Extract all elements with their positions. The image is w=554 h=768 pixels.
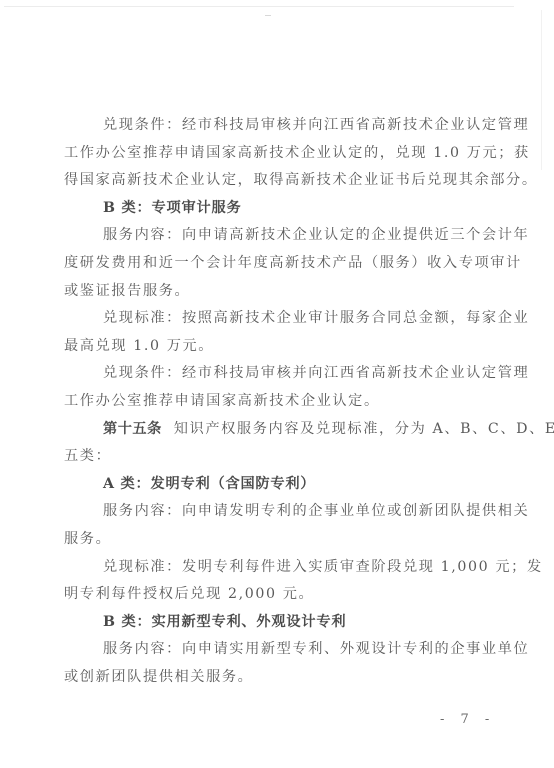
scan-mark bbox=[265, 15, 271, 16]
paragraph-redemption-condition: 兑现条件：经市科技局审核并向江西省高新技术企业认定管理 工作办公室推荐申请国家高… bbox=[64, 360, 488, 415]
text-line: 五类： bbox=[64, 443, 488, 471]
text-line: 兑现条件：经市科技局审核并向江西省高新技术企业认定管理 bbox=[64, 112, 488, 140]
section-heading-a-invention-patent: A 类：发明专利（含国防专利） bbox=[64, 471, 488, 499]
text-line: 兑现标准：发明专利每件进入实质审查阶段兑现 1,000 元；发 bbox=[64, 554, 488, 582]
page-number: - 7 - bbox=[440, 712, 495, 727]
scan-edge-line bbox=[4, 6, 514, 7]
text-line: 得国家高新技术企业认定，取得高新技术企业证书后兑现其余部分。 bbox=[64, 167, 488, 195]
paragraph-service-content: 服务内容：向申请高新技术企业认定的企业提供近三个会计年 度研发费用和近一个会计年… bbox=[64, 222, 488, 305]
paragraph-service-content: 服务内容：向申请发明专利的企事业单位或创新团队提供相关 服务。 bbox=[64, 498, 488, 553]
text-line: 服务内容：向申请实用新型专利、外观设计专利的企事业单位 bbox=[64, 636, 488, 664]
text-line: 明专利每件授权后兑现 2,000 元。 bbox=[64, 581, 488, 609]
text-line: 工作办公室推荐申请国家高新技术企业认定的，兑现 1.0 万元；获 bbox=[64, 140, 488, 168]
article-label: 第十五条 bbox=[103, 421, 162, 437]
text-line: 第十五条知识产权服务内容及兑现标准，分为 A、B、C、D、E bbox=[64, 416, 488, 444]
text-line: 服务内容：向申请发明专利的企事业单位或创新团队提供相关 bbox=[64, 498, 488, 526]
section-heading-b-audit: B 类：专项审计服务 bbox=[64, 195, 488, 223]
paragraph-redemption-standard: 兑现标准：按照高新技术企业审计服务合同总金额，每家企业 最高兑现 1.0 万元。 bbox=[64, 305, 488, 360]
text-line: 服务。 bbox=[64, 526, 488, 554]
text-line: 兑现标准：按照高新技术企业审计服务合同总金额，每家企业 bbox=[64, 305, 488, 333]
text-line: 服务内容：向申请高新技术企业认定的企业提供近三个会计年 bbox=[64, 222, 488, 250]
text-line: 工作办公室推荐申请国家高新技术企业认定。 bbox=[64, 388, 488, 416]
paragraph-redemption-standard: 兑现标准：发明专利每件进入实质审查阶段兑现 1,000 元；发 明专利每件授权后… bbox=[64, 554, 488, 609]
scan-edge-shadow bbox=[541, 10, 542, 170]
document-page: 兑现条件：经市科技局审核并向江西省高新技术企业认定管理 工作办公室推荐申请国家高… bbox=[64, 112, 488, 691]
text-line: 最高兑现 1.0 万元。 bbox=[64, 333, 488, 361]
text-line: 兑现条件：经市科技局审核并向江西省高新技术企业认定管理 bbox=[64, 360, 488, 388]
paragraph-service-content: 服务内容：向申请实用新型专利、外观设计专利的企事业单位 或创新团队提供相关服务。 bbox=[64, 636, 488, 691]
article-15: 第十五条知识产权服务内容及兑现标准，分为 A、B、C、D、E 五类： bbox=[64, 416, 488, 471]
text-line: 度研发费用和近一个会计年度高新技术产品（服务）收入专项审计 bbox=[64, 250, 488, 278]
section-heading-b-utility-design-patent: B 类：实用新型专利、外观设计专利 bbox=[64, 609, 488, 637]
text-line: 或鉴证报告服务。 bbox=[64, 278, 488, 306]
article-text: 知识产权服务内容及兑现标准，分为 A、B、C、D、E bbox=[174, 421, 554, 437]
paragraph-redemption-condition: 兑现条件：经市科技局审核并向江西省高新技术企业认定管理 工作办公室推荐申请国家高… bbox=[64, 112, 488, 195]
text-line: 或创新团队提供相关服务。 bbox=[64, 664, 488, 692]
